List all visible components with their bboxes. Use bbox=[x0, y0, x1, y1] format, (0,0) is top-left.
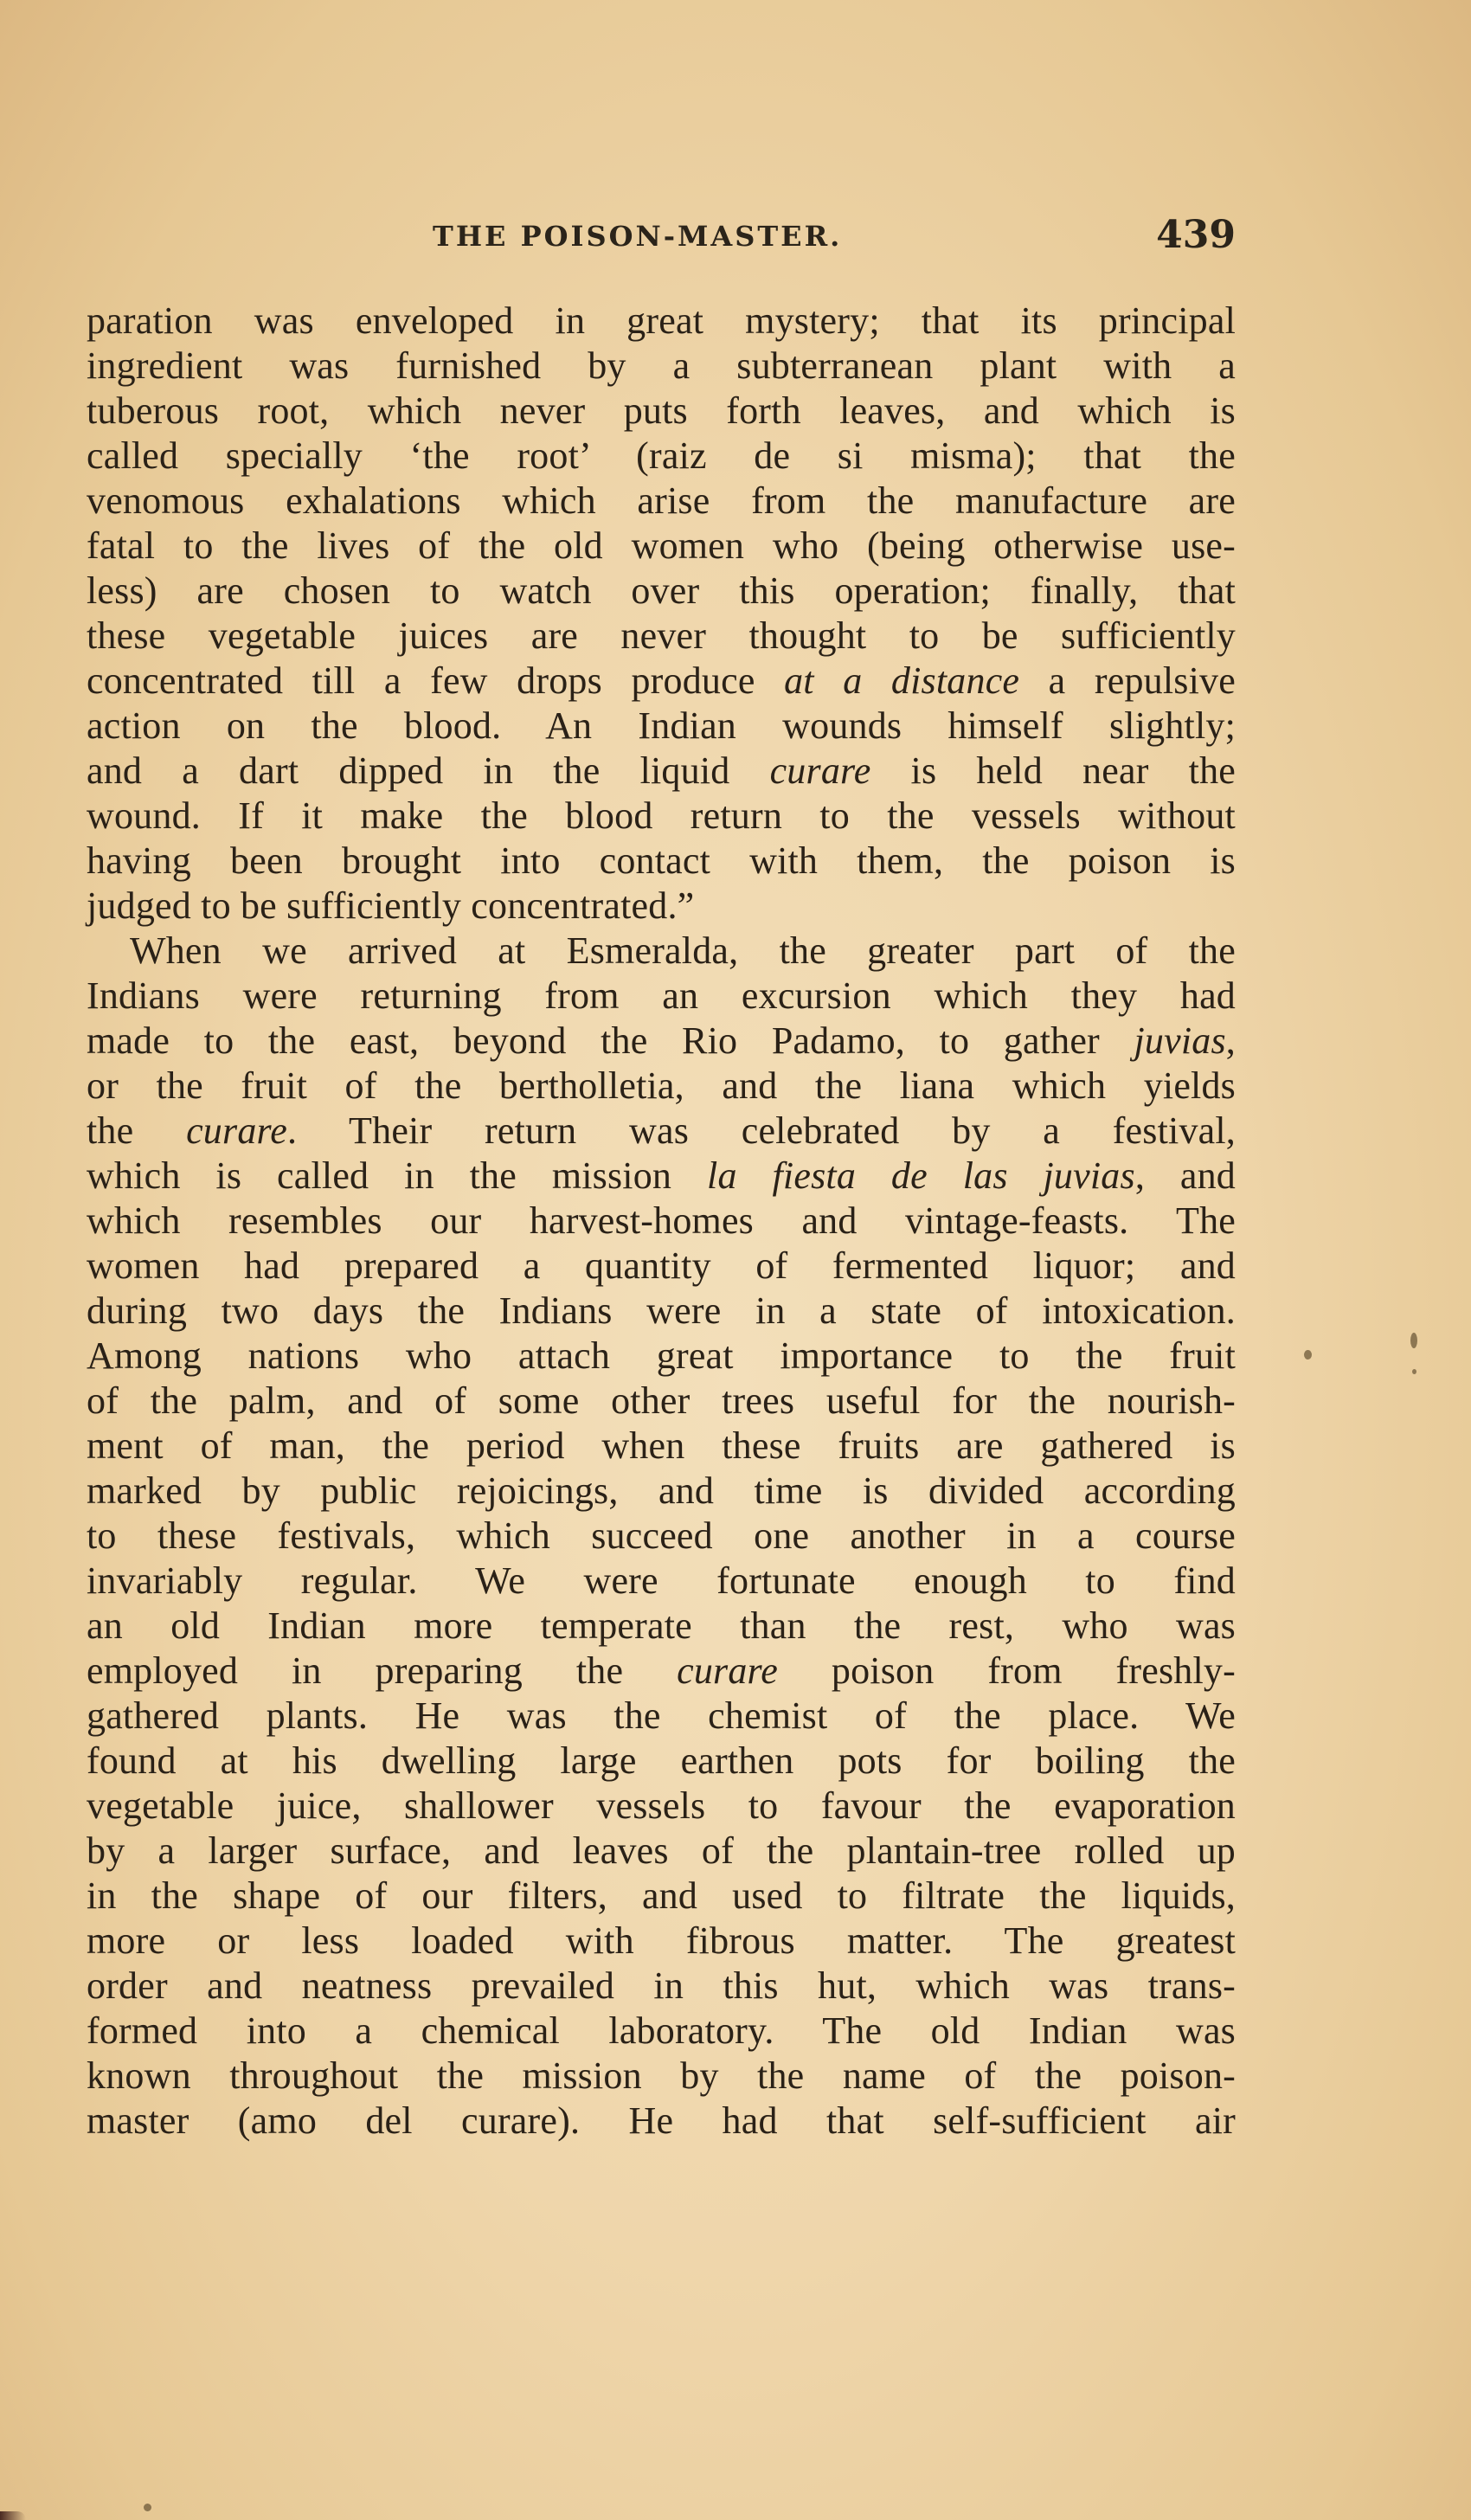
text-line: and a dart dipped in the liquid curare i… bbox=[87, 749, 1236, 794]
text-segment: employed in preparing the bbox=[87, 1649, 677, 1692]
text-segment: judged to be sufficiently concentrated.” bbox=[87, 884, 694, 927]
text-segment: invariably regular. We were fortunate en… bbox=[87, 1559, 1236, 1602]
text-segment: Among nations who attach great importanc… bbox=[87, 1334, 1236, 1377]
text-line: these vegetable juices are never thought… bbox=[87, 614, 1236, 659]
text-segment: women had prepared a quantity of ferment… bbox=[87, 1244, 1236, 1287]
text-segment: the bbox=[87, 1109, 186, 1152]
text-segment: of the palm, and of some other trees use… bbox=[87, 1379, 1236, 1422]
text-line: When we arrived at Esmeralda, the greate… bbox=[130, 929, 1236, 974]
text-line: by a larger surface, and leaves of the p… bbox=[87, 1829, 1236, 1874]
italic-text: juvias bbox=[1134, 1019, 1225, 1062]
italic-text: curare bbox=[677, 1649, 778, 1692]
text-segment: which is called in the mission bbox=[87, 1154, 707, 1197]
page-number: 439 bbox=[1156, 213, 1236, 257]
text-line: to these festivals, which succeed one an… bbox=[87, 1514, 1236, 1559]
text-segment: formed into a chemical laboratory. The o… bbox=[87, 2009, 1236, 2052]
text-line: during two days the Indians were in a st… bbox=[87, 1289, 1236, 1334]
text-segment: called specially ‘the root’ (raiz de si … bbox=[87, 434, 1236, 477]
ink-spot bbox=[1304, 1350, 1312, 1360]
running-header: THE POISON-MASTER. 439 bbox=[87, 213, 1236, 265]
text-line: concentrated till a few drops produce at… bbox=[87, 659, 1236, 704]
text-line: known throughout the mission by the name… bbox=[87, 2054, 1236, 2099]
text-segment: during two days the Indians were in a st… bbox=[87, 1289, 1236, 1332]
text-line: an old Indian more temperate than the re… bbox=[87, 1604, 1236, 1649]
text-line: found at his dwelling large earthen pots… bbox=[87, 1739, 1236, 1784]
text-line: having been brought into contact with th… bbox=[87, 839, 1236, 884]
text-line: marked by public rejoicings, and time is… bbox=[87, 1469, 1236, 1514]
running-title: THE POISON-MASTER. bbox=[433, 220, 842, 253]
page-corner-shadow bbox=[0, 2511, 26, 2520]
text-segment: these vegetable juices are never thought… bbox=[87, 614, 1236, 657]
scanned-book-page: THE POISON-MASTER. 439 paration was enve… bbox=[0, 0, 1471, 2520]
italic-text: curare bbox=[770, 749, 871, 792]
text-segment: concentrated till a few drops produce bbox=[87, 659, 784, 702]
text-segment: gathered plants. He was the chemist of t… bbox=[87, 1694, 1236, 1737]
text-segment: a repulsive bbox=[1019, 659, 1236, 702]
text-segment: to these festivals, which succeed one an… bbox=[87, 1514, 1236, 1557]
text-line: called specially ‘the root’ (raiz de si … bbox=[87, 434, 1236, 479]
text-segment: , bbox=[1226, 1019, 1236, 1062]
text-segment: poison from freshly- bbox=[778, 1649, 1236, 1692]
text-line: the curare. Their return was celebrated … bbox=[87, 1109, 1236, 1154]
text-segment: fatal to the lives of the old women who … bbox=[87, 524, 1236, 567]
text-segment: Indians were returning from an excursion… bbox=[87, 974, 1236, 1017]
text-line: which is called in the mission la fiesta… bbox=[87, 1154, 1236, 1199]
text-line: Among nations who attach great importanc… bbox=[87, 1334, 1236, 1379]
text-segment: an old Indian more temperate than the re… bbox=[87, 1604, 1236, 1647]
text-line: fatal to the lives of the old women who … bbox=[87, 524, 1236, 569]
text-line: vegetable juice, shallower vessels to fa… bbox=[87, 1784, 1236, 1829]
text-line: women had prepared a quantity of ferment… bbox=[87, 1244, 1236, 1289]
text-segment: order and neatness prevailed in this hut… bbox=[87, 1964, 1236, 2007]
text-line: Indians were returning from an excursion… bbox=[87, 974, 1236, 1019]
text-line: order and neatness prevailed in this hut… bbox=[87, 1964, 1236, 2009]
italic-text: la fiesta de las juvias bbox=[707, 1154, 1135, 1197]
text-segment: master (amo del curare). He had that sel… bbox=[87, 2099, 1236, 2142]
text-segment: made to the east, beyond the Rio Padamo,… bbox=[87, 1019, 1134, 1062]
text-segment: wound. If it make the blood return to th… bbox=[87, 794, 1236, 837]
text-segment: found at his dwelling large earthen pots… bbox=[87, 1739, 1236, 1782]
text-segment: in the shape of our filters, and used to… bbox=[87, 1874, 1236, 1917]
text-line: less) are chosen to watch over this oper… bbox=[87, 569, 1236, 614]
italic-text: curare bbox=[186, 1109, 287, 1152]
ink-spot bbox=[144, 2504, 151, 2511]
text-line: invariably regular. We were fortunate en… bbox=[87, 1559, 1236, 1604]
text-segment: or the fruit of the bertholletia, and th… bbox=[87, 1064, 1236, 1107]
text-segment: more or less loaded with fibrous matter.… bbox=[87, 1919, 1236, 1962]
text-line: ingredient was furnished by a subterrane… bbox=[87, 344, 1236, 389]
text-segment: ingredient was furnished by a subterrane… bbox=[87, 344, 1236, 387]
text-line: in the shape of our filters, and used to… bbox=[87, 1874, 1236, 1919]
text-segment: vegetable juice, shallower vessels to fa… bbox=[87, 1784, 1236, 1827]
text-segment: is held near the bbox=[870, 749, 1236, 792]
text-line: paration was enveloped in great mystery;… bbox=[87, 299, 1236, 344]
ink-spot bbox=[1412, 1369, 1416, 1374]
text-segment: paration was enveloped in great mystery;… bbox=[87, 299, 1236, 342]
text-line: judged to be sufficiently concentrated.” bbox=[87, 884, 1236, 929]
text-segment: having been brought into contact with th… bbox=[87, 839, 1236, 882]
text-segment: by a larger surface, and leaves of the p… bbox=[87, 1829, 1236, 1872]
text-line: made to the east, beyond the Rio Padamo,… bbox=[87, 1019, 1236, 1064]
text-line: venomous exhalations which arise from th… bbox=[87, 479, 1236, 524]
text-line: more or less loaded with fibrous matter.… bbox=[87, 1919, 1236, 1964]
text-segment: tuberous root, which never puts forth le… bbox=[87, 389, 1236, 432]
text-segment: and a dart dipped in the liquid bbox=[87, 749, 770, 792]
text-line: action on the blood. An Indian wounds hi… bbox=[87, 704, 1236, 749]
text-segment: less) are chosen to watch over this oper… bbox=[87, 569, 1236, 612]
text-segment: venomous exhalations which arise from th… bbox=[87, 479, 1236, 522]
text-line: of the palm, and of some other trees use… bbox=[87, 1379, 1236, 1424]
text-line: wound. If it make the blood return to th… bbox=[87, 794, 1236, 839]
text-segment: When we arrived at Esmeralda, the greate… bbox=[130, 929, 1236, 972]
italic-text: at a distance bbox=[784, 659, 1019, 702]
text-line: master (amo del curare). He had that sel… bbox=[87, 2099, 1236, 2144]
text-line: tuberous root, which never puts forth le… bbox=[87, 389, 1236, 434]
text-segment: ment of man, the period when these fruit… bbox=[87, 1424, 1236, 1467]
text-line: employed in preparing the curare poison … bbox=[87, 1649, 1236, 1694]
ink-spot bbox=[1410, 1333, 1417, 1348]
text-segment: . Their return was celebrated by a festi… bbox=[287, 1109, 1236, 1152]
text-segment: action on the blood. An Indian wounds hi… bbox=[87, 704, 1236, 747]
text-segment: known throughout the mission by the name… bbox=[87, 2054, 1236, 2097]
text-segment: , and bbox=[1135, 1154, 1236, 1197]
text-line: ment of man, the period when these fruit… bbox=[87, 1424, 1236, 1469]
text-line: gathered plants. He was the chemist of t… bbox=[87, 1694, 1236, 1739]
text-line: or the fruit of the bertholletia, and th… bbox=[87, 1064, 1236, 1109]
text-line: formed into a chemical laboratory. The o… bbox=[87, 2009, 1236, 2054]
text-segment: which resembles our harvest-homes and vi… bbox=[87, 1199, 1236, 1242]
text-segment: marked by public rejoicings, and time is… bbox=[87, 1469, 1236, 1512]
text-line: which resembles our harvest-homes and vi… bbox=[87, 1199, 1236, 1244]
